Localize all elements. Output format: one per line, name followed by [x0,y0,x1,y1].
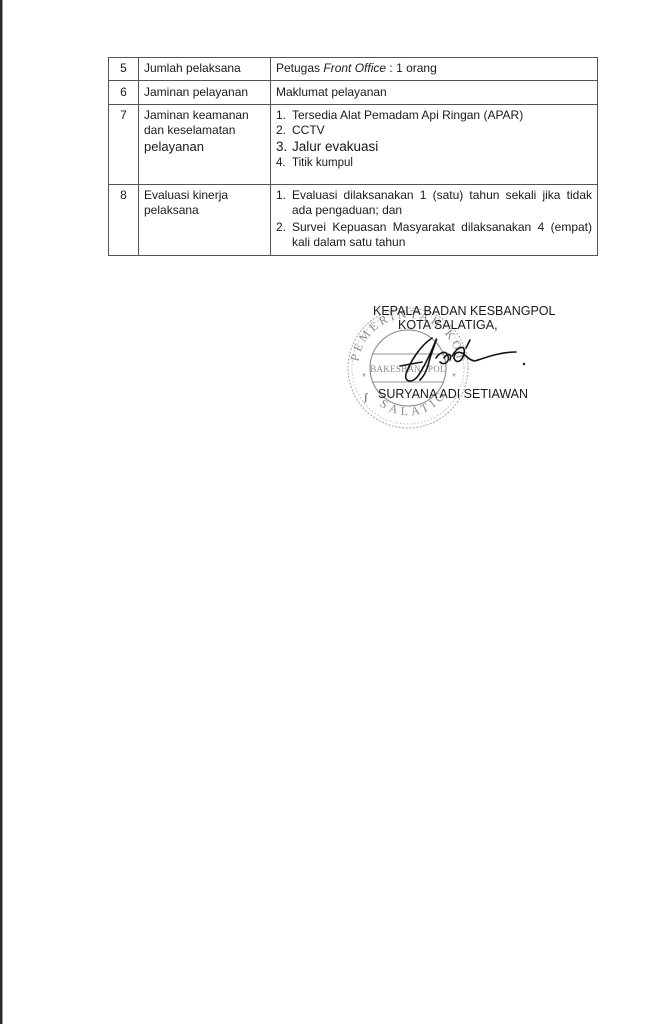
svg-text:ʃ: ʃ [363,391,368,403]
row-label: Jaminan pelayanan [139,81,271,105]
row-number: 7 [109,105,139,185]
svg-text:*: * [452,372,456,383]
table-row: 8 Evaluasi kinerja pelaksana 1.Evaluasi … [109,185,598,256]
svg-text:*: * [362,372,366,383]
row-value: 1.Tersedia Alat Pemadam Api Ringan (APAR… [271,105,598,185]
signatory-title: KEPALA BADAN KESBANGPOL [373,304,555,318]
item-text: Survei Kepuasan Masyarakat dilaksanakan … [292,220,592,250]
value-italic: Front Office [323,61,386,75]
label-line: pelayanan [144,138,265,155]
item-number: 1. [276,188,292,218]
row-label: Jumlah pelaksana [139,58,271,81]
list-item: 2.CCTV [276,123,592,138]
signatory-city: KOTA SALATIGA, [398,318,498,332]
service-standard-table: 5 Jumlah pelaksana Petugas Front Office … [108,57,598,256]
item-number: 1. [276,108,292,123]
item-number: 4. [276,156,292,171]
list-item: 4.Titik kumpul [276,156,592,171]
item-text: Titik kumpul [292,156,592,171]
row-value: Petugas Front Office : 1 orang [271,58,598,81]
signature-block: PEMERINTAH KOTA SALATIGA BAKESBANGPOL * … [340,296,600,436]
row-number: 6 [109,81,139,105]
list-item: 3.Jalur evakuasi [276,138,592,156]
table-row: 5 Jumlah pelaksana Petugas Front Office … [109,58,598,81]
value-suffix: : 1 orang [386,61,437,75]
item-list: 1.Tersedia Alat Pemadam Api Ringan (APAR… [276,108,592,171]
row-number: 8 [109,185,139,256]
list-item: 2.Survei Kepuasan Masyarakat dilaksanaka… [276,220,592,250]
value-prefix: Petugas [276,61,323,75]
item-text: Jalur evakuasi [292,138,592,156]
item-list: 1.Evaluasi dilaksanakan 1 (satu) tahun s… [276,188,592,250]
row-value: Maklumat pelayanan [271,81,598,105]
table-row: 7 Jaminan keamanan dan keselamatan pelay… [109,105,598,185]
row-label: Evaluasi kinerja pelaksana [139,185,271,256]
list-item: 1.Evaluasi dilaksanakan 1 (satu) tahun s… [276,188,592,218]
item-number: 3. [276,138,292,156]
table-row: 6 Jaminan pelayanan Maklumat pelayanan [109,81,598,105]
row-number: 5 [109,58,139,81]
item-number: 2. [276,220,292,250]
list-item: 1.Tersedia Alat Pemadam Api Ringan (APAR… [276,108,592,123]
item-text: Evaluasi dilaksanakan 1 (satu) tahun sek… [292,188,592,218]
label-line: pelaksana [144,203,265,218]
item-number: 2. [276,123,292,138]
row-label: Jaminan keamanan dan keselamatan pelayan… [139,105,271,185]
scan-edge-shadow [2,0,3,1024]
item-text: Tersedia Alat Pemadam Api Ringan (APAR) [292,108,592,123]
label-line: Jaminan keamanan [144,108,265,123]
row-value: 1.Evaluasi dilaksanakan 1 (satu) tahun s… [271,185,598,256]
label-line: dan keselamatan [144,123,265,138]
signatory-name: SURYANA ADI SETIAWAN [378,387,528,401]
label-line: Evaluasi kinerja [144,188,265,203]
item-text: CCTV [292,123,592,138]
